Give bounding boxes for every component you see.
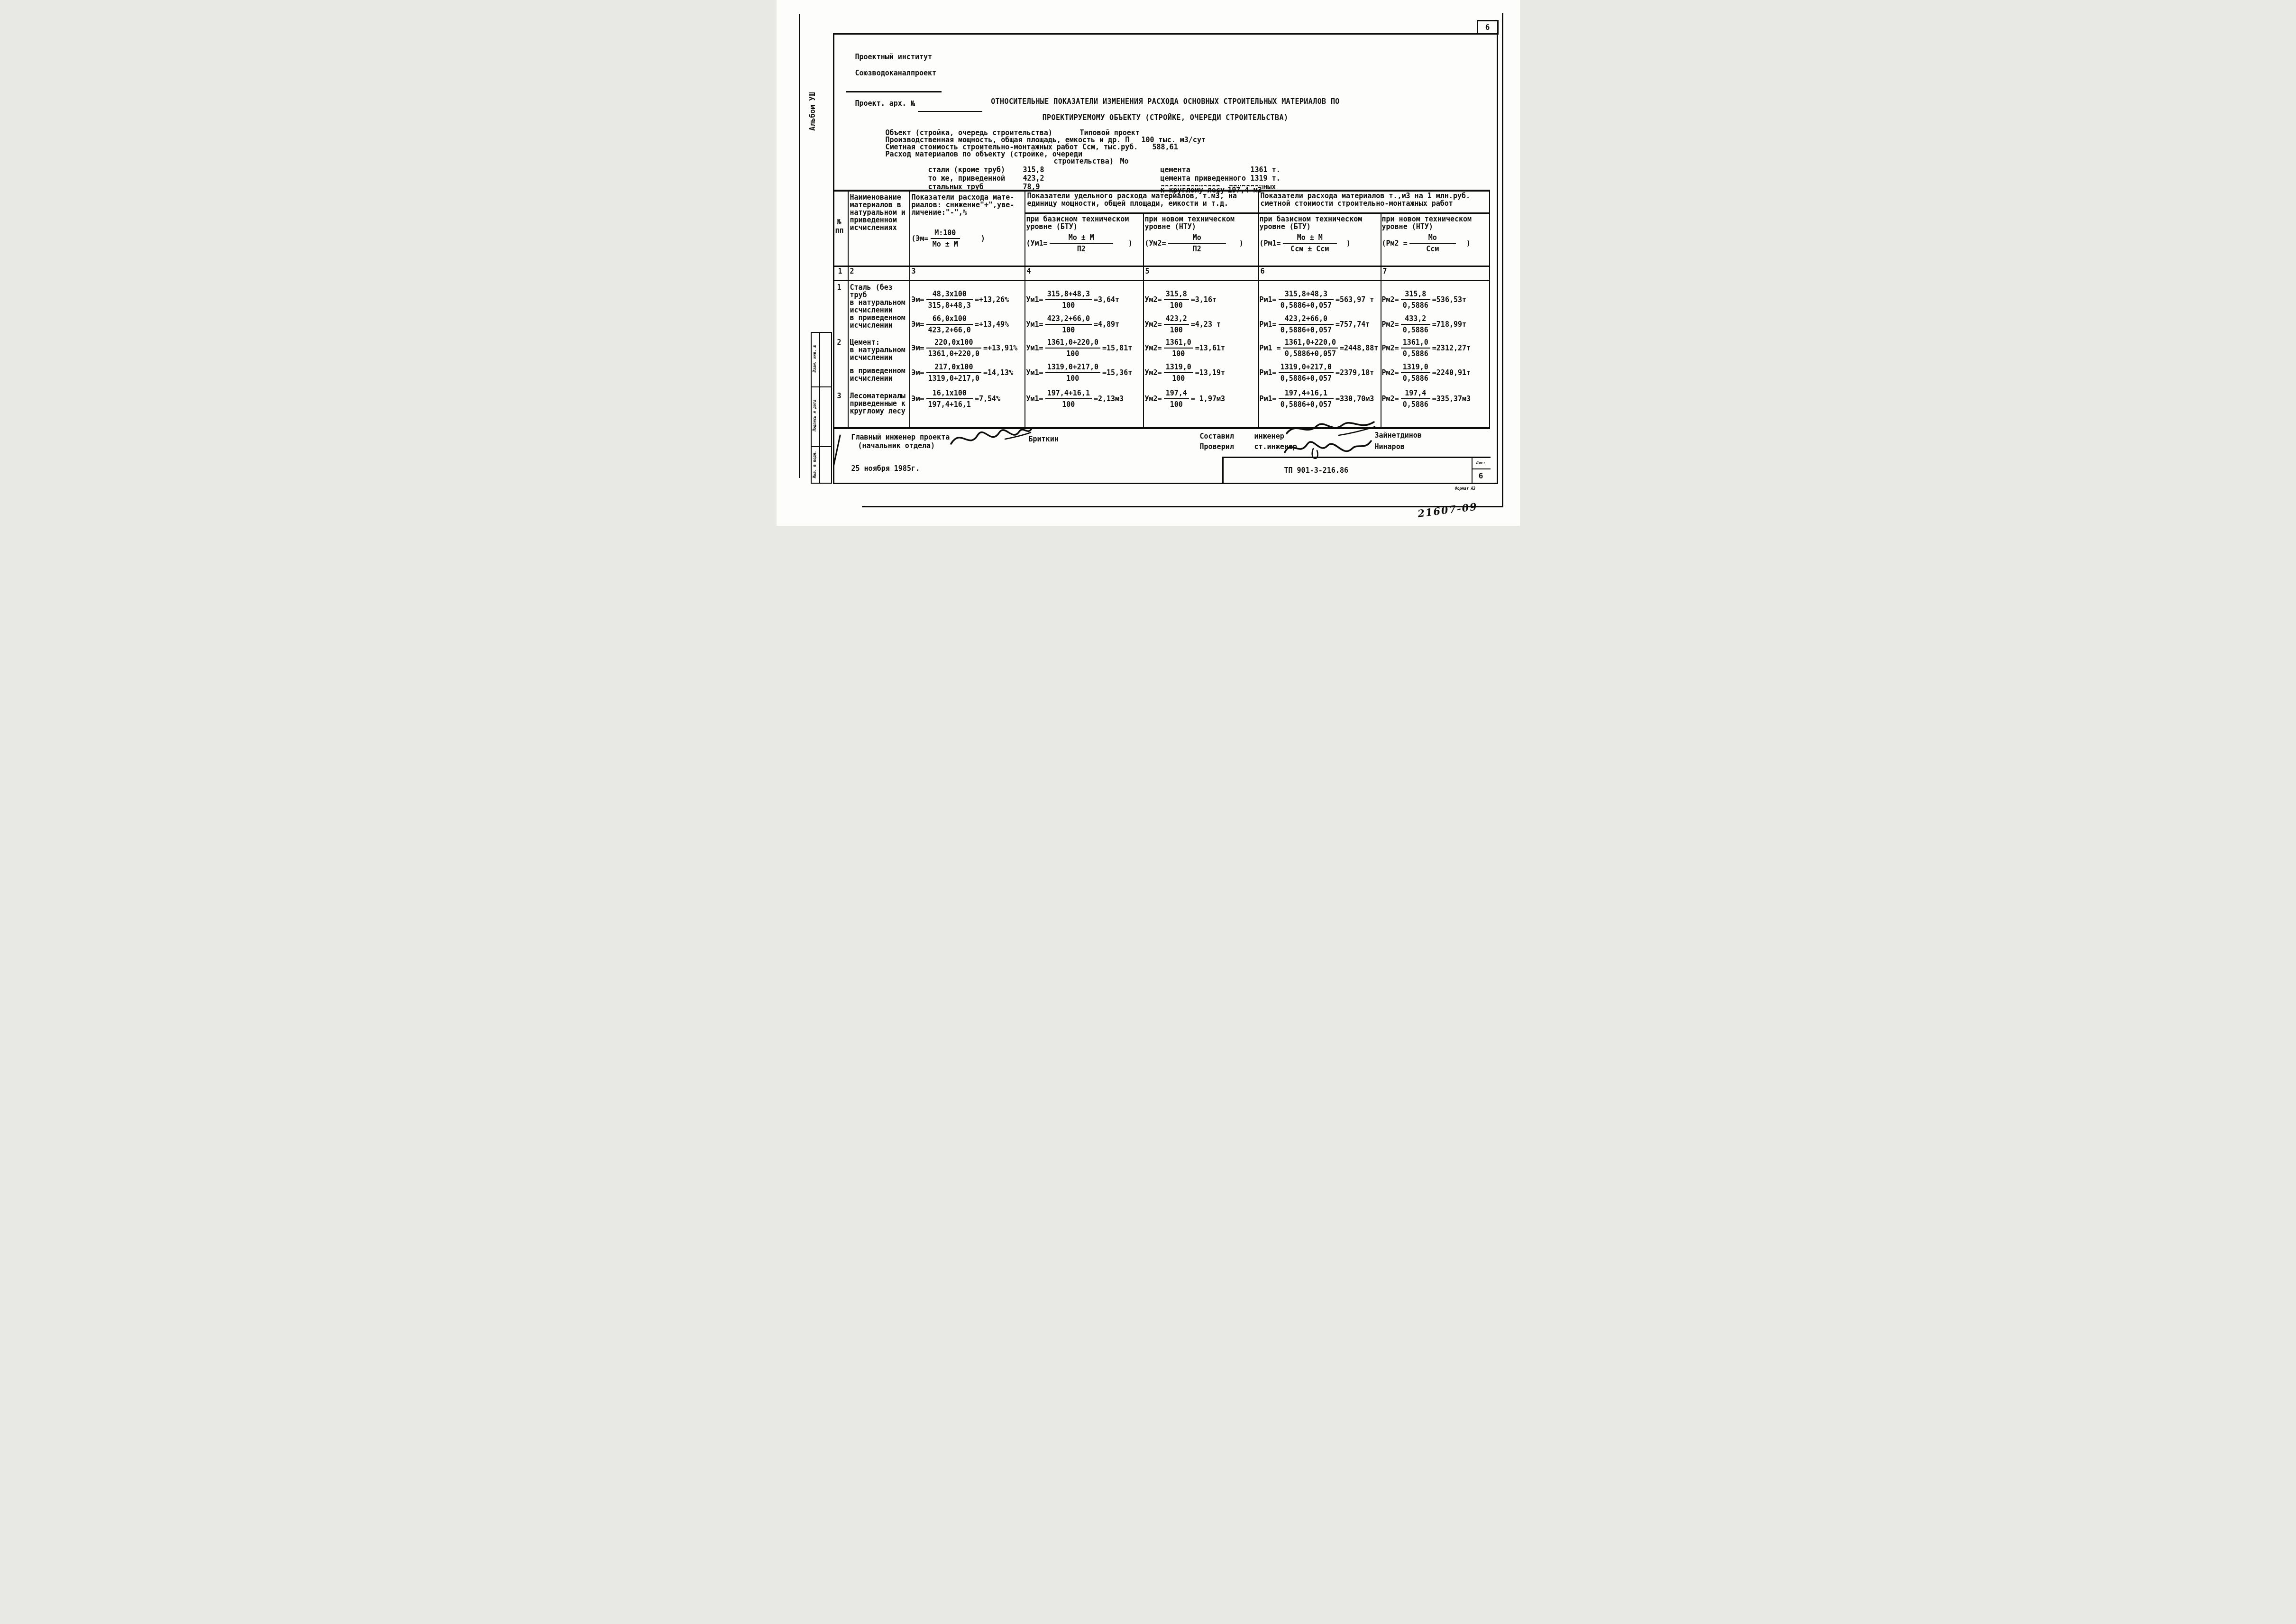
- cell-formula: Ум1= 423,2+66,0100 =4,89т: [1026, 314, 1120, 334]
- fraction-denominator: 100: [1164, 300, 1189, 310]
- formula-prefix: Ум1=: [1026, 295, 1043, 304]
- formula-prefix: Ум2=: [1145, 395, 1162, 403]
- chief-engineer-name: Бриткин: [1029, 435, 1059, 443]
- group45-header-line: Показатели удельного расхода материалов,…: [1027, 192, 1237, 200]
- fraction: 315,8+48,3100: [1045, 290, 1092, 310]
- fraction-numerator: 1319,0+217,0: [1279, 363, 1334, 373]
- cell-formula: Рм2= 1319,00,5886 =2240,91т: [1382, 363, 1471, 383]
- formula-prefix: Рм2=: [1382, 295, 1399, 304]
- col2-header-line: Наименование: [850, 193, 901, 201]
- fraction-denominator: 100: [1045, 300, 1092, 310]
- fraction: 1361,0+220,0100: [1045, 338, 1100, 358]
- table-vline-c1: [848, 190, 849, 429]
- formula-prefix: (Ум2=: [1145, 239, 1166, 248]
- cell-formula: Рм1= 315,8+48,30,5886+0,057 =563,97 т: [1260, 290, 1374, 310]
- fraction-numerator: 423,2: [1164, 314, 1189, 325]
- handwritten-inventory-number: 21607-09: [1417, 503, 1478, 517]
- fraction-denominator: 315,8+48,3: [926, 300, 973, 310]
- fraction-numerator: Мо ± М: [1283, 233, 1337, 244]
- formula-result: =718,99т: [1432, 320, 1466, 329]
- stamp-divider: [819, 333, 820, 483]
- fraction-denominator: 423,2+66,0: [926, 325, 973, 334]
- row-material-name: в натуральном: [850, 346, 906, 354]
- row-material-name: Цемент:: [850, 339, 880, 346]
- material-cement-label: цемента: [1161, 166, 1190, 174]
- formula-suffix: ): [981, 234, 985, 243]
- checked-by-name: Нинаров: [1375, 443, 1405, 450]
- fraction-denominator: Мо ± М: [931, 239, 960, 248]
- fraction-denominator: 100: [1164, 349, 1193, 358]
- doc-number-box: Лист 6 ТП 901-3-216.86: [1222, 457, 1491, 484]
- sheet-word-label: Лист: [1472, 461, 1491, 465]
- object-line4: Расход материалов по объекту (стройке, о…: [886, 150, 1082, 158]
- fraction-numerator: 197,4: [1401, 389, 1430, 399]
- formula-prefix: (Ум1=: [1026, 239, 1048, 248]
- fraction: М:100 Мо ± М: [931, 229, 960, 248]
- fraction-numerator: 66,0х100: [926, 314, 973, 325]
- formula-result: =2240,91т: [1432, 368, 1471, 377]
- page-number-box: 6: [1477, 20, 1499, 35]
- row-material-name: в приведенном: [850, 367, 906, 375]
- album-label-wrap: Альбом УШ: [804, 66, 821, 156]
- table-vline-right: [1489, 190, 1490, 429]
- fraction-denominator: 0,5886+0,057: [1279, 300, 1334, 310]
- col2-header-line: исчислениях: [850, 224, 897, 231]
- formula-prefix: Ум1=: [1026, 395, 1043, 403]
- formula-result: =2448,88т: [1340, 344, 1378, 352]
- cell-formula: Рм1 = 1361,0+220,00,5886+0,057 =2448,88т: [1260, 338, 1379, 358]
- formula-prefix: Эм=: [912, 344, 924, 352]
- col4-header-formula: (Ум1= Мо ± М П2 ): [1026, 233, 1133, 253]
- cell-formula: Рм2= 433,20,5886 =718,99т: [1382, 314, 1467, 334]
- cell-formula: Эм= 220,0х1001361,0+220,0 =+13,91%: [912, 338, 1018, 358]
- stamp-label-podpis: Подпись и дата: [813, 399, 817, 431]
- col6-header-formula: (Рм1= Мо ± М Ссм ± Ссм ): [1260, 233, 1351, 253]
- colnum-4: 4: [1027, 267, 1031, 275]
- formula-suffix: ): [1466, 239, 1471, 248]
- cell-formula: Ум2= 1319,0100 =13,19т: [1145, 363, 1226, 383]
- sheet-number: 6: [1472, 472, 1491, 480]
- row-number: 1: [837, 284, 842, 291]
- cell-formula: Ум2= 315,8100 =3,16т: [1145, 290, 1217, 310]
- formula-result: =+13,49%: [975, 320, 1009, 329]
- group67-header-line: Показатели расхода материалов т.,м3 на 1…: [1261, 192, 1471, 200]
- table-colnum-bottom-line: [833, 280, 1490, 281]
- formula-prefix: Ум1=: [1026, 320, 1043, 329]
- col2-header-line: материалов в: [850, 201, 901, 209]
- fraction-numerator: 197,4+16,1: [1279, 389, 1334, 399]
- formula-result: =757,74т: [1336, 320, 1370, 329]
- col1-header-line2: пп: [835, 227, 844, 234]
- stamp-label-vzam: Взам. инв. №: [813, 345, 817, 373]
- fraction-numerator: Мо ± М: [1050, 233, 1113, 244]
- formula-prefix: Ум2=: [1145, 295, 1162, 304]
- colnum-7: 7: [1383, 267, 1387, 275]
- fraction-numerator: 315,8: [1164, 290, 1189, 300]
- cell-formula: Ум1= 1319,0+217,0100 =15,36т: [1026, 363, 1133, 383]
- stamp-label-inv: Инв. № подл.: [813, 451, 817, 478]
- object-line5-label: строительства): [1054, 157, 1114, 165]
- fraction-numerator: 315,8: [1401, 290, 1430, 300]
- cell-formula: Рм2= 1361,00,5886 =2312,27т: [1382, 338, 1471, 358]
- col7-header-line: при новом техническом: [1382, 215, 1472, 223]
- formula-prefix: Рм2=: [1382, 395, 1399, 403]
- fraction-denominator: 0,5886: [1401, 325, 1430, 334]
- fraction-numerator: 220,0х100: [926, 338, 981, 349]
- formula-prefix: Ум2=: [1145, 368, 1162, 377]
- cell-formula: Рм1= 197,4+16,10,5886+0,057 =330,70м3: [1260, 389, 1374, 409]
- cell-formula: Рм1= 423,2+66,00,5886+0,057 =757,74т: [1260, 314, 1370, 334]
- fraction-denominator: 197,4+16,1: [926, 399, 973, 409]
- fraction-denominator: 0,5886: [1401, 349, 1430, 358]
- format-note: Формат А3: [1444, 486, 1487, 491]
- formula-result: =+13,26%: [975, 295, 1009, 304]
- formula-result: =13,19т: [1195, 368, 1225, 377]
- formula-prefix: Ум2=: [1145, 320, 1162, 329]
- object-line3-value: 588,61: [1153, 143, 1178, 151]
- col5-header-line: уровне (НТУ): [1145, 223, 1196, 230]
- formula-result: =536,53т: [1432, 295, 1466, 304]
- fraction: 1319,0+217,00,5886+0,057: [1279, 363, 1334, 383]
- cell-formula: Ум2= 423,2100 =4,23 т: [1145, 314, 1221, 334]
- table-vline-c4: [1143, 212, 1144, 429]
- row-material-name: исчислении: [850, 354, 893, 361]
- signature-chief-engineer: [948, 425, 1034, 453]
- cell-formula: Эм= 48,3х100315,8+48,3 =+13,26%: [912, 290, 1009, 310]
- fraction: 197,4+16,1100: [1045, 389, 1092, 409]
- document-date: 25 ноября 1985г.: [851, 465, 920, 472]
- fraction: 16,1х100197,4+16,1: [926, 389, 973, 409]
- formula-result: =330,70м3: [1336, 395, 1374, 403]
- fraction: 1319,0+217,0100: [1045, 363, 1100, 383]
- material-steel-red-value: 423,2: [1023, 174, 1044, 182]
- chief-engineer-sublabel: (начальник отдела): [858, 442, 935, 450]
- table-vline-c2: [909, 190, 910, 429]
- col6-header-line: уровне (БТУ): [1260, 223, 1311, 230]
- institute-line2: Союзводоканалпроект: [855, 69, 937, 77]
- row-material-name: исчислении: [850, 375, 893, 382]
- colnum-3: 3: [912, 267, 916, 275]
- fraction: 1361,0100: [1164, 338, 1193, 358]
- formula-result: =2379,18т: [1336, 368, 1374, 377]
- formula-result: = 1,97м3: [1191, 395, 1225, 403]
- fraction-denominator: 0,5886: [1401, 300, 1430, 310]
- col5-header-formula: (Ум2= Мо П2 ): [1145, 233, 1244, 253]
- cell-formula: Ум1= 315,8+48,3100 =3,64т: [1026, 290, 1120, 310]
- table-vline-c3: [1025, 190, 1025, 429]
- formula-result: =+13,91%: [983, 344, 1017, 352]
- fraction: 315,8+48,30,5886+0,057: [1279, 290, 1334, 310]
- col6-header-line: при базисном техническом: [1260, 215, 1363, 223]
- group45-header-line: единицу мощности, общей площади, емкости…: [1027, 200, 1228, 207]
- fraction-numerator: 48,3х100: [926, 290, 973, 300]
- material-steel-red-label: то же, приведенной: [928, 174, 1006, 182]
- material-cement-value: 1361 т.: [1251, 166, 1281, 174]
- institute-line1: Проектный институт: [855, 53, 933, 61]
- formula-prefix: Рм1=: [1260, 295, 1277, 304]
- formula-result: =563,97 т: [1336, 295, 1374, 304]
- arch-number-underline: [918, 111, 982, 112]
- formula-suffix: ): [1128, 239, 1133, 248]
- document-sheet: Альбом УШ 6 Проектный институт Союзводок…: [777, 0, 1520, 526]
- formula-result: =13,61т: [1195, 344, 1225, 352]
- fraction-numerator: М:100: [931, 229, 960, 239]
- row-material-name: приведенные к: [850, 400, 906, 407]
- formula-prefix: Рм1=: [1260, 320, 1277, 329]
- fraction-numerator: Мо: [1168, 233, 1226, 244]
- right-edge-line: [1502, 13, 1503, 507]
- formula-prefix: Рм1=: [1260, 368, 1277, 377]
- indicators-table: № пп Наименование материалов в натуральн…: [833, 190, 1490, 429]
- fraction-denominator: 100: [1045, 399, 1092, 409]
- formula-result: =4,89т: [1094, 320, 1119, 329]
- fraction-denominator: П2: [1050, 244, 1113, 253]
- formula-prefix: Рм2=: [1382, 320, 1399, 329]
- bottom-edge-line: [862, 506, 1503, 507]
- formula-result: =14,13%: [983, 368, 1013, 377]
- fraction: 423,2+66,00,5886+0,057: [1279, 314, 1334, 334]
- fraction-numerator: 1319,0: [1164, 363, 1193, 373]
- row-material-name: исчислении: [850, 321, 893, 329]
- col4-header-line: при базисном техническом: [1026, 215, 1129, 223]
- fraction-numerator: 1361,0: [1401, 338, 1430, 349]
- cell-formula: Ум2= 197,4100 = 1,97м3: [1145, 389, 1226, 409]
- fraction: 1319,0100: [1164, 363, 1193, 383]
- row-number: 3: [837, 392, 842, 400]
- material-cement-red-label: цемента приведенного: [1161, 174, 1246, 182]
- fraction: Мо П2: [1168, 233, 1226, 253]
- cell-formula: Рм1= 1319,0+217,00,5886+0,057 =2379,18т: [1260, 363, 1374, 383]
- fraction: 48,3х100315,8+48,3: [926, 290, 973, 310]
- fraction-numerator: 1319,0: [1401, 363, 1430, 373]
- fraction: 433,20,5886: [1401, 314, 1430, 334]
- col3-header-formula: (Эм= М:100 Мо ± М ): [912, 229, 985, 248]
- fraction-denominator: 0,5886+0,057: [1279, 325, 1334, 334]
- fraction: 197,4+16,10,5886+0,057: [1279, 389, 1334, 409]
- table-vline-c6: [1381, 212, 1381, 429]
- col3-header-line: риалов: снижение"+",уве-: [912, 201, 1015, 209]
- formula-prefix: Ум1=: [1026, 344, 1043, 352]
- doc-title-line2: ПРОЕКТИРУЕМОМУ ОБЪЕКТУ (СТРОЙКЕ, ОЧЕРЕДИ…: [833, 114, 1498, 121]
- row-material-name: в натуральном: [850, 299, 906, 306]
- formula-suffix: ): [1346, 239, 1351, 248]
- page-number: 6: [1485, 23, 1490, 32]
- fraction-numerator: 1361,0: [1164, 338, 1193, 349]
- cell-formula: Рм2= 315,80,5886 =536,53т: [1382, 290, 1467, 310]
- fraction-numerator: 423,2+66,0: [1279, 314, 1334, 325]
- col3-header-line: Показатели расхода мате-: [912, 193, 1015, 201]
- row-material-name: труб: [850, 291, 867, 299]
- cell-formula: Ум2= 1361,0100 =13,61т: [1145, 338, 1226, 358]
- col1-header-line1: №: [837, 218, 842, 226]
- fraction-denominator: Ссм: [1409, 244, 1456, 253]
- fraction: 217,0х1001319,0+217,0: [926, 363, 981, 383]
- cell-formula: Рм2= 197,40,5886 =335,37м3: [1382, 389, 1471, 409]
- formula-result: =2312,27т: [1432, 344, 1471, 352]
- fraction: 1361,0+220,00,5886+0,057: [1283, 338, 1338, 358]
- formula-prefix: Эм=: [912, 295, 924, 304]
- fraction-denominator: Ссм ± Ссм: [1283, 244, 1337, 253]
- fraction: 1319,00,5886: [1401, 363, 1430, 383]
- made-by-name: Зайнетдинов: [1375, 431, 1422, 439]
- col5-header-line: при новом техническом: [1145, 215, 1235, 223]
- fraction-denominator: 100: [1164, 399, 1189, 409]
- fraction-denominator: 0,5886+0,057: [1279, 373, 1334, 383]
- formula-prefix: Эм=: [912, 395, 924, 403]
- colnum-5: 5: [1145, 267, 1150, 275]
- fraction: Мо Ссм: [1409, 233, 1456, 253]
- material-steel-value: 315,8: [1023, 166, 1044, 174]
- fraction-denominator: 100: [1164, 373, 1193, 383]
- fraction: 1361,00,5886: [1401, 338, 1430, 358]
- fraction-numerator: 197,4+16,1: [1045, 389, 1092, 399]
- fraction-numerator: 1361,0+220,0: [1045, 338, 1100, 349]
- colnum-6: 6: [1261, 267, 1265, 275]
- fraction-denominator: 0,5886: [1401, 373, 1430, 383]
- formula-prefix: Эм=: [912, 368, 924, 377]
- fraction-numerator: 1361,0+220,0: [1283, 338, 1338, 349]
- row-material-name: Лесоматериалы: [850, 392, 906, 400]
- fraction-denominator: 100: [1045, 373, 1100, 383]
- fraction-numerator: 315,8+48,3: [1279, 290, 1334, 300]
- fraction: Мо ± М П2: [1050, 233, 1113, 253]
- fraction: 197,40,5886: [1401, 389, 1430, 409]
- col7-header-line: уровне (НТУ): [1382, 223, 1433, 230]
- formula-suffix: ): [1239, 239, 1244, 248]
- left-edge-line: [799, 14, 800, 478]
- material-cement-red-value: 1319 т.: [1251, 174, 1281, 182]
- doc-box-divider: [1472, 468, 1491, 469]
- fraction-numerator: 197,4: [1164, 389, 1189, 399]
- formula-result: =15,81т: [1102, 344, 1132, 352]
- fraction-numerator: 217,0х100: [926, 363, 981, 373]
- row-material-name: Сталь (без: [850, 284, 893, 291]
- formula-prefix: Ум2=: [1145, 344, 1162, 352]
- row-material-name: исчислении: [850, 306, 893, 314]
- fraction: 315,80,5886: [1401, 290, 1430, 310]
- fraction: 66,0х100423,2+66,0: [926, 314, 973, 334]
- fraction-denominator: 100: [1045, 349, 1100, 358]
- cell-formula: Эм= 66,0х100423,2+66,0 =+13,49%: [912, 314, 1009, 334]
- col2-header-line: натуральном и: [850, 209, 906, 216]
- fraction-denominator: 100: [1045, 325, 1092, 334]
- fraction: 220,0х1001361,0+220,0: [926, 338, 981, 358]
- formula-prefix: (Эм=: [912, 234, 929, 243]
- formula-result: =7,54%: [975, 395, 1000, 403]
- fraction-denominator: 100: [1164, 325, 1189, 334]
- fraction: Мо ± М Ссм ± Ссм: [1283, 233, 1337, 253]
- formula-prefix: Рм1=: [1260, 395, 1277, 403]
- fraction-denominator: 1361,0+220,0: [926, 349, 981, 358]
- doc-title-line1: ОТНОСИТЕЛЬНЫЕ ПОКАЗАТЕЛИ ИЗМЕНЕНИЯ РАСХО…: [833, 98, 1498, 105]
- formula-result: =3,16т: [1191, 295, 1217, 304]
- album-label: Альбом УШ: [808, 92, 817, 130]
- institute-underline: [846, 91, 942, 92]
- formula-prefix: (Рм1=: [1260, 239, 1281, 248]
- doc-number: ТП 901-3-216.86: [1284, 467, 1348, 474]
- cell-formula: Ум1= 197,4+16,1100 =2,13м3: [1026, 389, 1124, 409]
- cell-formula: Эм= 16,1х100197,4+16,1 =7,54%: [912, 389, 1001, 409]
- object-line5-value: Мо: [1120, 157, 1129, 165]
- colnum-1: 1: [838, 267, 842, 275]
- col2-header-line: приведенном: [850, 216, 897, 224]
- formula-result: =2,13м3: [1094, 395, 1124, 403]
- fraction-denominator: 0,5886: [1401, 399, 1430, 409]
- table-vline-c5: [1258, 190, 1259, 429]
- formula-prefix: Эм=: [912, 320, 924, 329]
- formula-prefix: (Рм2 =: [1382, 239, 1408, 248]
- stamp-cell-inv: Инв. № подл.: [811, 445, 819, 484]
- formula-result: =335,37м3: [1432, 395, 1471, 403]
- stamp-cell-podpis: Подпись и дата: [811, 385, 819, 445]
- stamp-cell-vzam: Взам. инв. №: [811, 332, 819, 385]
- row-material-name: круглому лесу: [850, 407, 906, 415]
- fraction-denominator: 1319,0+217,0: [926, 373, 981, 383]
- row-material-name: в приведенном: [850, 314, 906, 321]
- cell-formula: Ум1= 1361,0+220,0100 =15,81т: [1026, 338, 1133, 358]
- col7-header-formula: (Рм2 = Мо Ссм ): [1382, 233, 1471, 253]
- col4-header-line: уровне (БТУ): [1026, 223, 1078, 230]
- fraction: 423,2+66,0100: [1045, 314, 1092, 334]
- fraction: 423,2100: [1164, 314, 1189, 334]
- fraction-numerator: 423,2+66,0: [1045, 314, 1092, 325]
- table-groupheader-line: [1025, 212, 1490, 214]
- fraction-numerator: 433,2: [1401, 314, 1430, 325]
- cell-formula: Эм= 217,0х1001319,0+217,0 =14,13%: [912, 363, 1014, 383]
- fraction: 197,4100: [1164, 389, 1189, 409]
- fraction-numerator: Мо: [1409, 233, 1456, 244]
- colnum-2: 2: [850, 267, 854, 275]
- formula-result: =15,36т: [1102, 368, 1132, 377]
- group67-header-line: сметной стоимости строительно-монтажных …: [1261, 200, 1453, 207]
- fraction: 315,8100: [1164, 290, 1189, 310]
- col3-header-line: личение:"-",%: [912, 209, 967, 216]
- fraction-denominator: 0,5886+0,057: [1279, 399, 1334, 409]
- fraction-numerator: 315,8+48,3: [1045, 290, 1092, 300]
- formula-prefix: Рм2=: [1382, 344, 1399, 352]
- formula-result: =3,64т: [1094, 295, 1119, 304]
- table-bottom-line: [833, 427, 1490, 429]
- fraction-numerator: 1319,0+217,0: [1045, 363, 1100, 373]
- formula-result: =4,23 т: [1191, 320, 1221, 329]
- formula-prefix: Рм1 =: [1260, 344, 1281, 352]
- row-number: 2: [837, 339, 842, 346]
- made-by-label: Составил: [1200, 432, 1234, 440]
- fraction-numerator: 16,1х100: [926, 389, 973, 399]
- table-header-bottom-line: [833, 266, 1490, 267]
- fraction-denominator: 0,5886+0,057: [1283, 349, 1338, 358]
- material-steel-label: стали (кроме труб): [928, 166, 1006, 174]
- checked-by-label: Проверил: [1200, 443, 1234, 450]
- formula-prefix: Рм2=: [1382, 368, 1399, 377]
- fraction-denominator: П2: [1168, 244, 1226, 253]
- formula-prefix: Ум1=: [1026, 368, 1043, 377]
- chief-engineer-label: Главный инженер проекта: [851, 433, 950, 441]
